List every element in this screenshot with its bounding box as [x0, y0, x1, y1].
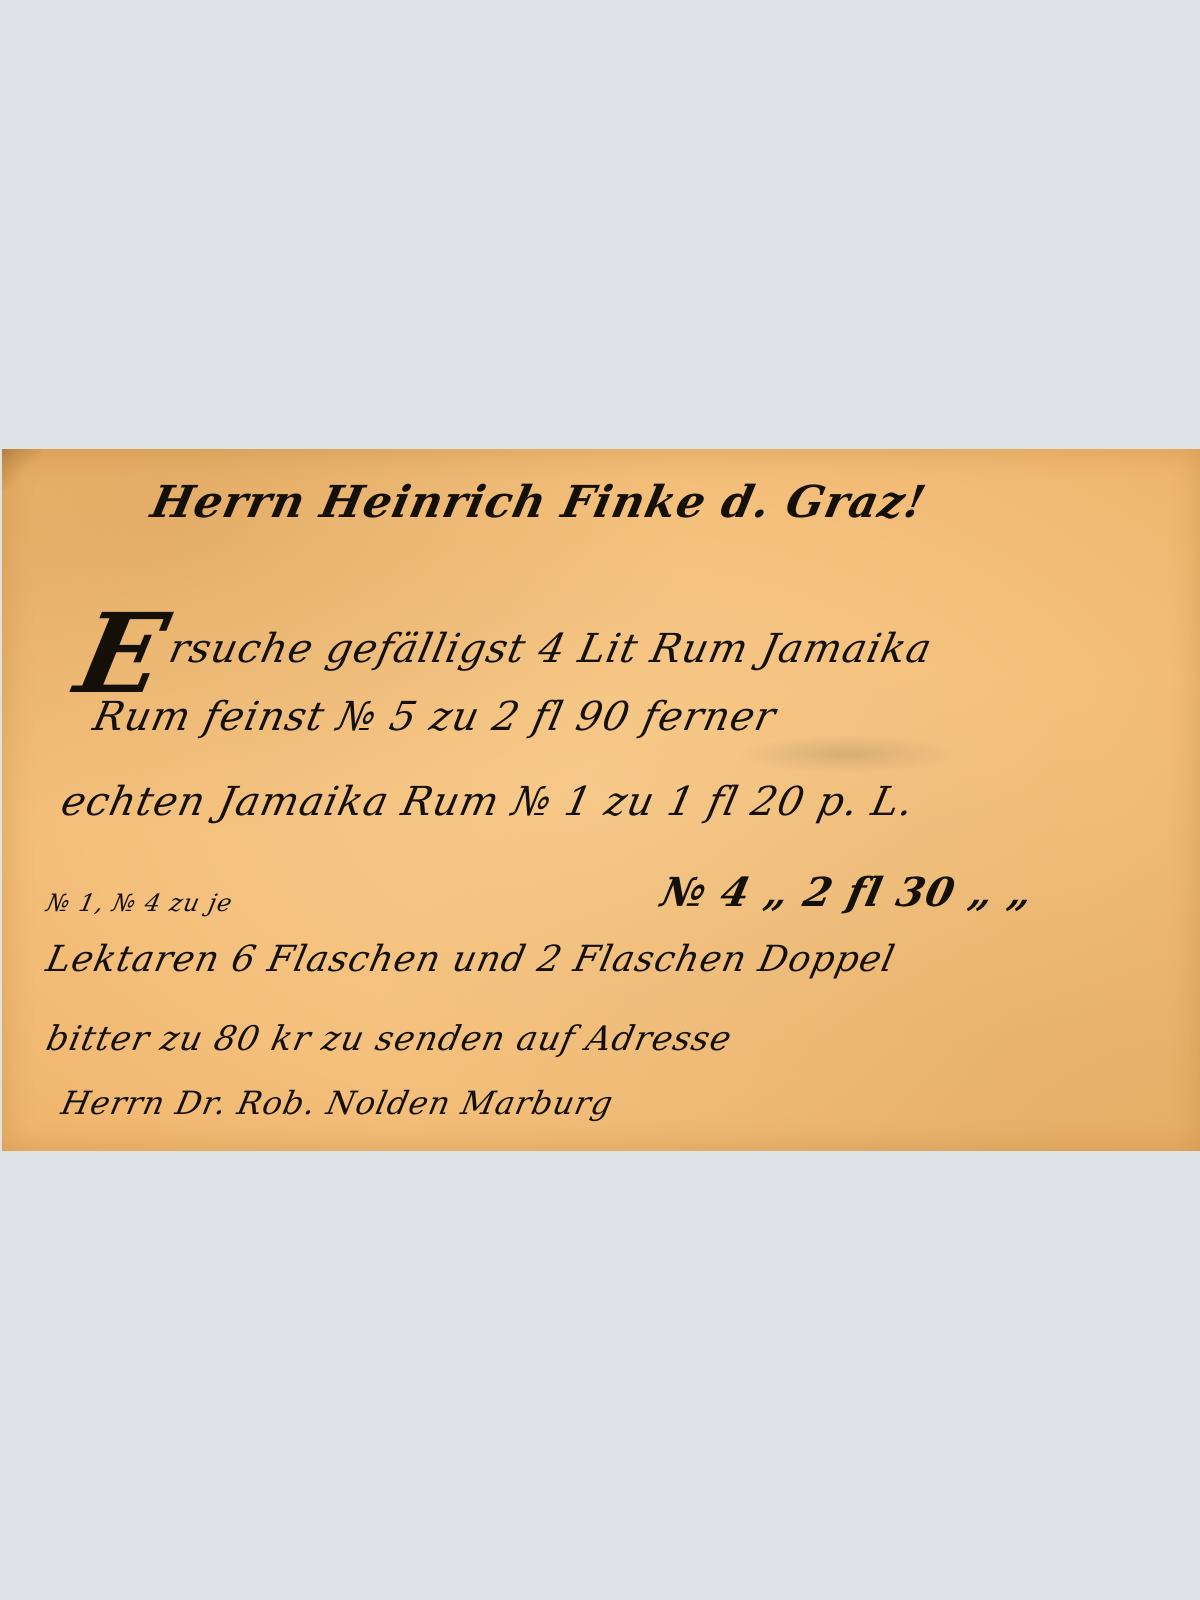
- handwritten-line-5: Lektaren 6 Flaschen und 2 Flaschen Doppe…: [43, 939, 899, 980]
- ink-smudge: [737, 734, 957, 774]
- document-viewer: Herrn Heinrich Finke d. Graz! Ersuche ge…: [0, 0, 1200, 1600]
- line-text: rsuche gefälligst 4 Lit Rum Jamaika: [165, 626, 936, 672]
- handwritten-line-4: № 4 „ 2 fl 30 „ „: [657, 869, 1038, 916]
- postcard: Herrn Heinrich Finke d. Graz! Ersuche ge…: [2, 449, 1200, 1151]
- handwritten-line-2: Rum feinst № 5 zu 2 fl 90 ferner: [89, 694, 780, 740]
- address-line: Herrn Dr. Rob. Nolden Marburg: [58, 1084, 617, 1122]
- handwritten-line-6: bitter zu 80 kr zu senden auf Adresse: [43, 1019, 736, 1059]
- salutation: Herrn Heinrich Finke d. Graz!: [147, 477, 931, 528]
- handwritten-line-1: Ersuche gefälligst 4 Lit Rum Jamaika: [68, 599, 942, 709]
- margin-note: № 1, № 4 zu je: [44, 889, 235, 917]
- handwritten-line-3: echten Jamaika Rum № 1 zu 1 fl 20 p. L.: [57, 779, 918, 825]
